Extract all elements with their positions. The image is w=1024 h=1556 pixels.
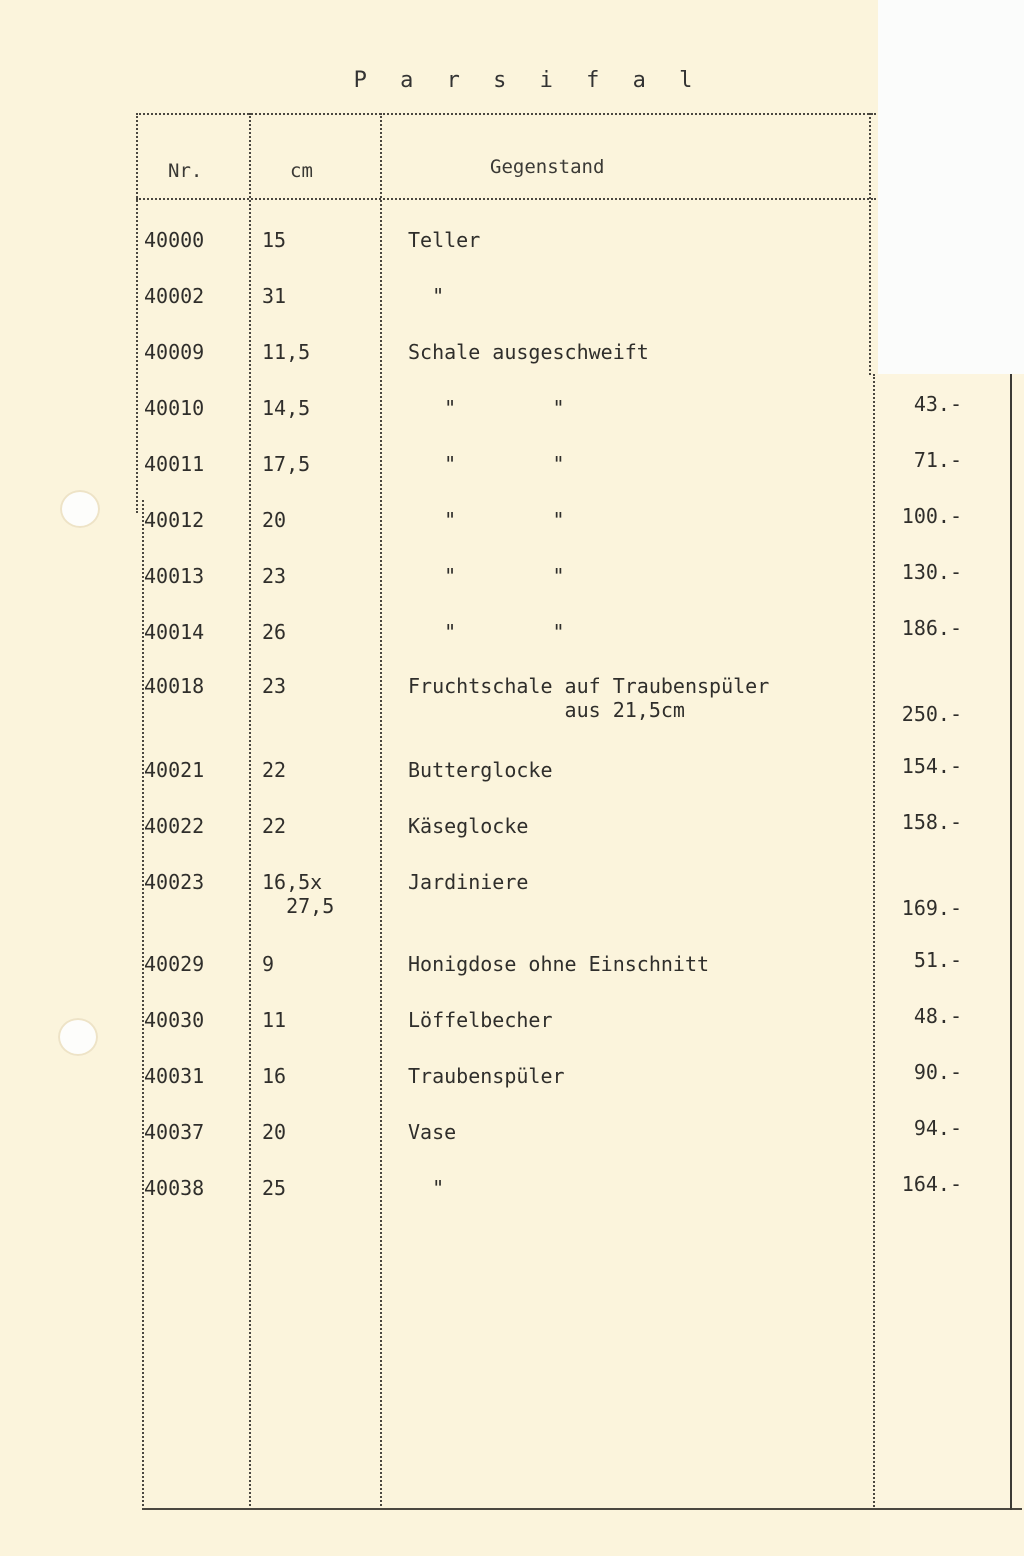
row-gegenstand: Fruchtschale auf Traubenspüler aus 21,5c… bbox=[408, 674, 868, 722]
row-cm: 20 bbox=[262, 508, 372, 532]
row-price: 250.- bbox=[872, 702, 962, 726]
row-price: 158.- bbox=[872, 810, 962, 834]
row-nr: 40010 bbox=[144, 396, 244, 420]
row-price: 51.- bbox=[872, 948, 962, 972]
row-price: 90.- bbox=[872, 1060, 962, 1084]
punch-hole bbox=[60, 490, 100, 528]
row-gegenstand: " bbox=[408, 284, 868, 308]
row-cm: 25 bbox=[262, 1176, 372, 1200]
row-cm: 17,5 bbox=[262, 452, 372, 476]
row-nr: 40012 bbox=[144, 508, 244, 532]
row-price: 43.- bbox=[872, 392, 962, 416]
row-gegenstand: " " bbox=[408, 508, 868, 532]
row-gegenstand: Butterglocke bbox=[408, 758, 868, 782]
row-price: 186.- bbox=[872, 616, 962, 640]
row-price: 164.- bbox=[872, 1172, 962, 1196]
row-gegenstand: " " bbox=[408, 396, 868, 420]
row-price: 130.- bbox=[872, 560, 962, 584]
row-nr: 40037 bbox=[144, 1120, 244, 1144]
row-nr: 40022 bbox=[144, 814, 244, 838]
row-price: 94.- bbox=[872, 1116, 962, 1140]
punch-hole bbox=[58, 1018, 98, 1056]
row-cm: 14,5 bbox=[262, 396, 372, 420]
row-nr: 40014 bbox=[144, 620, 244, 644]
row-gegenstand: Jardiniere bbox=[408, 870, 868, 894]
row-cm: 23 bbox=[262, 674, 372, 698]
row-cm: 23 bbox=[262, 564, 372, 588]
row-cm: 16 bbox=[262, 1064, 372, 1088]
row-gegenstand: Käseglocke bbox=[408, 814, 868, 838]
row-nr: 40011 bbox=[144, 452, 244, 476]
row-nr: 40021 bbox=[144, 758, 244, 782]
row-price: 48.- bbox=[872, 1004, 962, 1028]
row-nr: 40031 bbox=[144, 1064, 244, 1088]
row-cm: 16,5x 27,5 bbox=[262, 870, 372, 918]
row-cm: 20 bbox=[262, 1120, 372, 1144]
page-title: P a r s i f a l bbox=[0, 68, 1024, 93]
row-gegenstand: Löffelbecher bbox=[408, 1008, 868, 1032]
row-gegenstand: " " bbox=[408, 620, 868, 644]
row-nr: 40038 bbox=[144, 1176, 244, 1200]
row-gegenstand: Schale ausgeschweift bbox=[408, 340, 868, 364]
row-gegenstand: " " bbox=[408, 452, 868, 476]
row-cm: 26 bbox=[262, 620, 372, 644]
row-cm: 15 bbox=[262, 228, 372, 252]
row-nr: 40009 bbox=[144, 340, 244, 364]
row-gegenstand: " bbox=[408, 1176, 868, 1200]
row-nr: 40029 bbox=[144, 952, 244, 976]
column-header-cm: cm bbox=[290, 160, 313, 182]
row-gegenstand: Honigdose ohne Einschnitt bbox=[408, 952, 868, 976]
row-nr: 40000 bbox=[144, 228, 244, 252]
row-nr: 40023 bbox=[144, 870, 244, 894]
row-cm: 9 bbox=[262, 952, 372, 976]
scan-background-corner bbox=[878, 0, 1024, 374]
row-cm: 31 bbox=[262, 284, 372, 308]
row-gegenstand: Teller bbox=[408, 228, 868, 252]
row-price: 100.- bbox=[872, 504, 962, 528]
row-gegenstand: Traubenspüler bbox=[408, 1064, 868, 1088]
column-header-nr: Nr. bbox=[168, 160, 202, 182]
row-cm: 11,5 bbox=[262, 340, 372, 364]
row-nr: 40013 bbox=[144, 564, 244, 588]
row-gegenstand: Vase bbox=[408, 1120, 868, 1144]
row-gegenstand: " " bbox=[408, 564, 868, 588]
row-cm: 22 bbox=[262, 814, 372, 838]
row-nr: 40018 bbox=[144, 674, 244, 698]
row-cm: 22 bbox=[262, 758, 372, 782]
row-price: 169.- bbox=[872, 896, 962, 920]
row-nr: 40030 bbox=[144, 1008, 244, 1032]
row-price: 71.- bbox=[872, 448, 962, 472]
row-cm: 11 bbox=[262, 1008, 372, 1032]
row-nr: 40002 bbox=[144, 284, 244, 308]
column-header-gegenstand: Gegenstand bbox=[490, 156, 604, 178]
row-price: 154.- bbox=[872, 754, 962, 778]
